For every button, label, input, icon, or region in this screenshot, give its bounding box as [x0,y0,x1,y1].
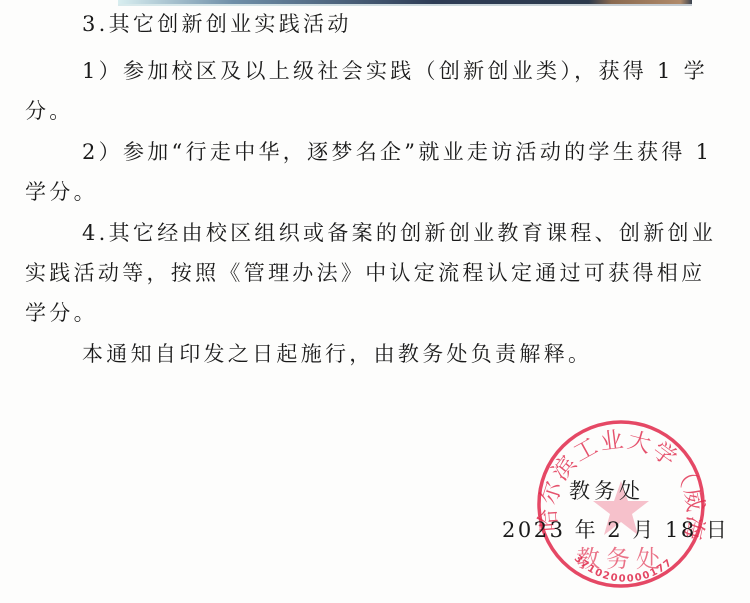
section4-line2: 实践活动等，按照《管理办法》中认定流程认定通过可获得相应 [25,261,705,285]
section3-heading: 3.其它创新创业实践活动 [82,12,352,36]
item2-line2: 学分。 [25,180,98,204]
item1-line1: 1）参加校区及以上级社会实践（创新创业类），获得 1 学 [82,59,708,83]
effective-note: 本通知自印发之日起施行，由教务处负责解释。 [82,342,592,366]
item2-line1: 2）参加“行走中华，逐梦名企”就业走访活动的学生获得 1 [82,140,712,164]
section4-line3: 学分。 [25,301,98,325]
scan-top-edge-shadow [118,4,692,6]
signature-date: 2023 年 2 月 18 日 [502,518,729,542]
section4-line1: 4.其它经由校区组织或备案的创新创业教育课程、创新创业 [82,221,716,245]
official-seal: 哈尔滨工业大学（威海） 教务处 3710200000177 [536,419,706,589]
signature-office: 教务处 [569,479,644,503]
item1-line2: 分。 [25,99,74,123]
